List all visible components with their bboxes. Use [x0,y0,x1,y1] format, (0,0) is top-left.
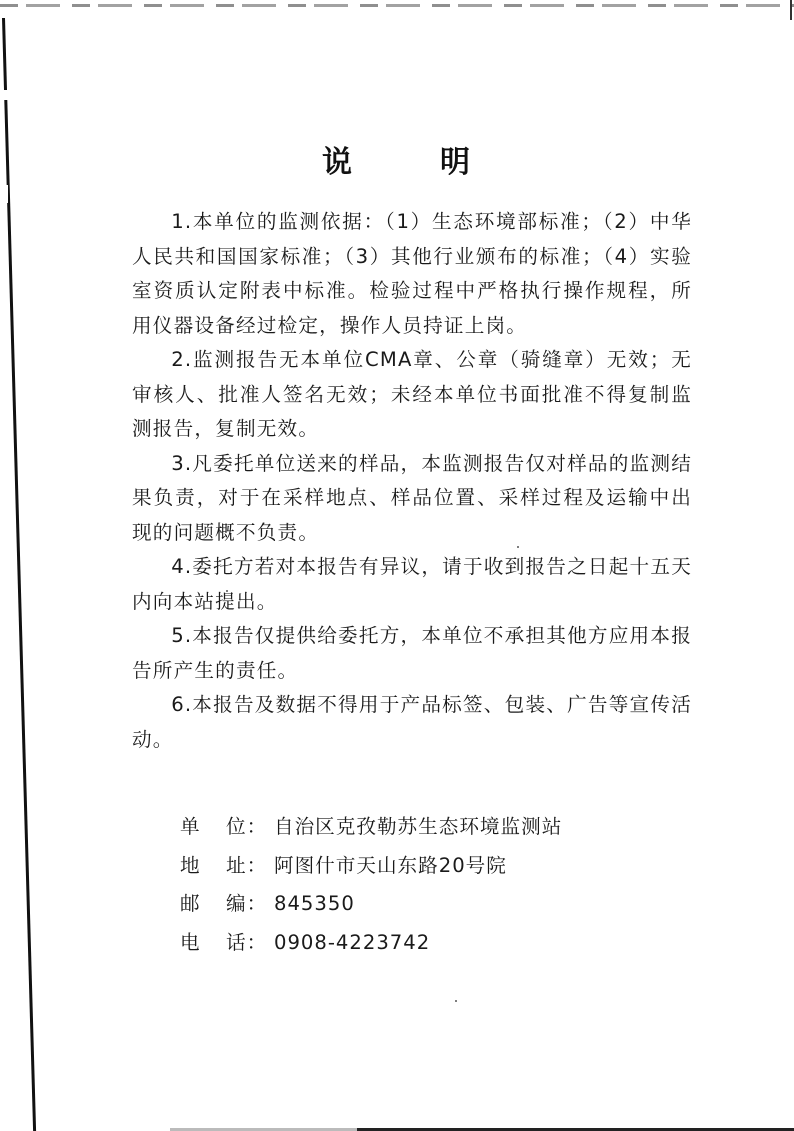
title-char-2: 明 [440,137,472,181]
label-char: 邮 [180,885,200,924]
label-char: 址： [200,847,272,886]
label-char: 单 [180,808,200,847]
contact-unit: 单 位： 自治区克孜勒苏生态环境监测站 [180,808,562,847]
label-char: 话： [200,924,272,963]
note-1: 1.本单位的监测依据：（1）生态环境部标准；（2）中华人民共和国国家标准；（3）… [132,205,692,343]
scan-gap [0,185,8,203]
contact-unit-label: 单 位： [180,808,272,847]
scan-gap [0,90,8,100]
notes-body: 1.本单位的监测依据：（1）生态环境部标准；（2）中华人民共和国国家标准；（3）… [132,205,692,757]
note-6: 6.本报告及数据不得用于产品标签、包装、广告等宣传活动。 [132,688,692,757]
note-3: 3.凡委托单位送来的样品，本监测报告仅对样品的监测结果负责，对于在采样地点、样品… [132,447,692,551]
contact-phone: 电 话： 0908-4223742 [180,924,562,963]
contact-address-value: 阿图什市天山东路20号院 [274,847,507,886]
contact-info: 单 位： 自治区克孜勒苏生态环境监测站 地 址： 阿图什市天山东路20号院 邮 … [180,808,562,962]
note-2: 2.监测报告无本单位CMA章、公章（骑缝章）无效；无审核人、批准人签名无效；未经… [132,343,692,447]
scan-artifact-right-edge [790,0,792,20]
note-5: 5.本报告仅提供给委托方，本单位不承担其他方应用本报告所产生的责任。 [132,619,692,688]
title-char-1: 说 [322,137,354,181]
label-char: 电 [180,924,200,963]
page-title: 说明 [0,137,794,181]
scan-artifact-top-edge [0,4,794,7]
contact-unit-value: 自治区克孜勒苏生态环境监测站 [274,808,562,847]
label-char: 位： [200,808,272,847]
contact-phone-value: 0908-4223742 [274,924,430,963]
label-char: 编： [200,885,272,924]
contact-postcode: 邮 编： 845350 [180,885,562,924]
scan-speck [455,1000,457,1002]
label-char: 地 [180,847,200,886]
note-4: 4.委托方若对本报告有异议，请于收到报告之日起十五天内向本站提出。 [132,550,692,619]
contact-address: 地 址： 阿图什市天山东路20号院 [180,847,562,886]
contact-postcode-label: 邮 编： [180,885,272,924]
contact-address-label: 地 址： [180,847,272,886]
contact-phone-label: 电 话： [180,924,272,963]
contact-postcode-value: 845350 [274,885,355,924]
